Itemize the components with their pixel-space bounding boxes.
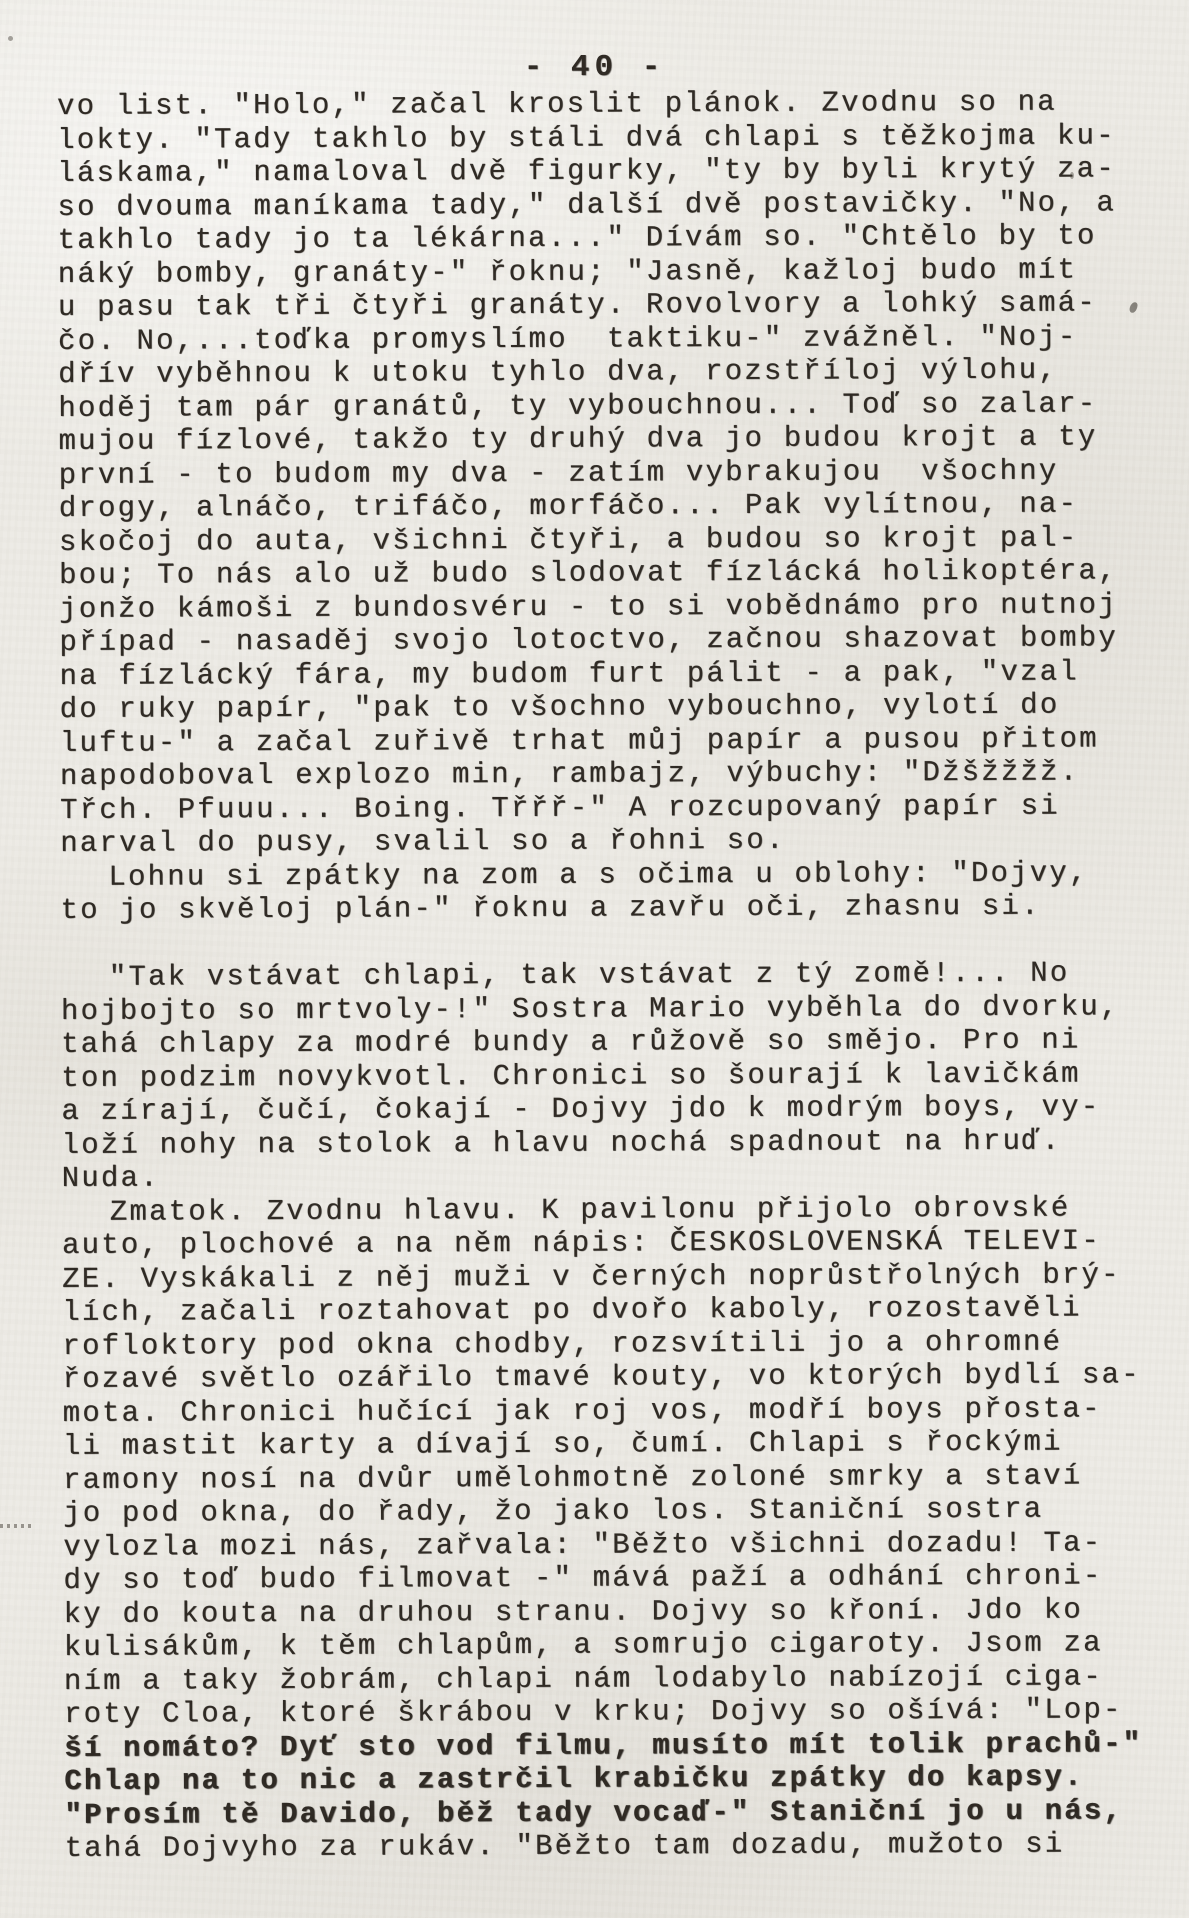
text-line: hojbojto so mrtvoly-!" Sostra Mario vybě…	[61, 990, 1171, 1028]
text-line: ním a taky žobrám, chlapi nám lodabylo n…	[64, 1660, 1174, 1698]
text-line: "Tak vstávat chlapi, tak vstávat z tý zo…	[61, 956, 1171, 994]
scan-artifact	[8, 36, 13, 41]
text-line: do ruky papír, "pak to všochno vybouchno…	[60, 688, 1170, 726]
text-line: bou; To nás alo už budo slodovat fízláck…	[59, 554, 1169, 592]
paragraph: "Tak vstávat chlapi, tak vstávat z tý zo…	[61, 956, 1172, 1195]
text-line: ZE. Vyskákali z něj muži v černých noprů…	[62, 1258, 1172, 1296]
text-line: lokty. "Tady takhlo by stáli dvá chlapi …	[57, 119, 1167, 157]
text-line: drogy, alnáčo, trifáčo, morfáčo... Pak v…	[59, 487, 1169, 525]
text-line: napodoboval explozo min, rambajz, výbuch…	[60, 755, 1170, 793]
text-line: Chlap na to nic a zastrčil krabičku zpát…	[64, 1760, 1174, 1798]
text-line: Lohnu si zpátky na zom a s očima u obloh…	[60, 856, 1170, 894]
text-line: luftu-" a začal zuřivě trhat můj papír a…	[60, 722, 1170, 760]
text-line: na fízlácký fára, my budom furt pálit - …	[59, 655, 1169, 693]
text-line: náký bomby, granáty-" řoknu; "Jasně, kaž…	[58, 253, 1168, 291]
paragraph: Lohnu si zpátky na zom a s očima u obloh…	[60, 856, 1170, 928]
text-line: jonžo kámoši z bundosvéru - to si vobědn…	[59, 588, 1169, 626]
text-line: Nuda.	[62, 1157, 1172, 1195]
text-line: takhlo tady jo ta lékárna..." Dívám so. …	[58, 219, 1168, 257]
text-line: loží nohy na stolok a hlavu nochá spadno…	[62, 1124, 1172, 1162]
text-line: láskama," namaloval dvě figurky, "ty by …	[57, 152, 1167, 190]
text-line: ší nomáto? Dyť sto vod filmu, musíto mít…	[64, 1727, 1174, 1765]
text-line: vylozla mozi nás, zařvala: "Běžto všichn…	[63, 1526, 1173, 1564]
paragraph: vo list. "Holo," začal kroslit plánok. Z…	[57, 85, 1170, 860]
text-line: skočoj do auta, všichni čtyři, a budou s…	[59, 521, 1169, 559]
text-line: případ - nasaděj svojo lotoctvo, začnou …	[59, 621, 1169, 659]
text-line: to jo skvěloj plán-" řoknu a zavřu oči, …	[61, 889, 1171, 927]
text-line: auto, plochové a na něm nápis: ČESKOSLOV…	[62, 1224, 1172, 1262]
text-line: Zmatok. Zvodnu hlavu. K pavilonu přijolo…	[62, 1191, 1172, 1229]
text-line: vo list. "Holo," začal kroslit plánok. Z…	[57, 85, 1167, 123]
text-line: li mastit karty a dívají so, čumí. Chlap…	[63, 1425, 1173, 1463]
text-line: so dvouma maníkama tady," další dvě post…	[57, 186, 1167, 224]
text-line: mota. Chronici hučící jak roj vos, modří…	[63, 1392, 1173, 1430]
scanned-typewritten-page: - 40 - vo list. "Holo," začal kroslit pl…	[0, 0, 1189, 1918]
text-line: ton podzim novykvotl. Chronici so šouraj…	[61, 1057, 1171, 1095]
text-line: Třch. Pfuuu... Boing. Třřř-" A rozcupova…	[60, 789, 1170, 827]
text-line: lích, začali roztahovat po dvořo kaboly,…	[62, 1291, 1172, 1329]
text-line: "Prosím tě Davido, běž tady vocaď-" Stan…	[64, 1794, 1174, 1832]
text-line: hoděj tam pár granátů, ty vybouchnou... …	[58, 387, 1168, 425]
text-line: u pasu tak tři čtyři granáty. Rovolvory …	[58, 286, 1168, 324]
text-line: tahá chlapy za modré bundy a růžově so s…	[61, 1023, 1171, 1061]
text-line: roty Cloa, ktoré škrábou v krku; Dojvy s…	[64, 1693, 1174, 1731]
text-line: a zírají, čučí, čokají - Dojvy jdo k mod…	[61, 1090, 1171, 1128]
text-line: narval do pusy, svalil so a řohni so.	[60, 822, 1170, 860]
text-line: dy so toď budo filmovat -" mává paží a o…	[63, 1559, 1173, 1597]
text-line: tahá Dojvyho za rukáv. "Běžto tam dozadu…	[65, 1827, 1175, 1865]
text-line: řozavé světlo ozářilo tmavé kouty, vo kt…	[63, 1358, 1173, 1396]
text-line: dřív vyběhnou k utoku tyhlo dva, rozstří…	[58, 353, 1168, 391]
text-line: kulisákům, k těm chlapům, a somrujo ciga…	[64, 1626, 1174, 1664]
scan-artifact	[0, 1524, 34, 1528]
document-body: vo list. "Holo," začal kroslit plánok. Z…	[57, 85, 1175, 1865]
text-line: rofloktory pod okna chodby, rozsvítili j…	[62, 1325, 1172, 1363]
text-line: ky do kouta na druhou stranu. Dojvy so k…	[64, 1593, 1174, 1631]
text-line: jo pod okna, do řady, žo jako los. Stani…	[63, 1492, 1173, 1530]
page-number: - 40 -	[0, 50, 1189, 85]
text-line: první - to budom my dva - zatím vybrakuj…	[59, 454, 1169, 492]
text-line: ramony nosí na dvůr umělohmotně zoloné s…	[63, 1459, 1173, 1497]
text-line: mujou fízlové, takžo ty druhý dva jo bud…	[58, 420, 1168, 458]
text-line: čo. No,...toďka promyslímo taktiku-" zvá…	[58, 320, 1168, 358]
paragraph: Zmatok. Zvodnu hlavu. K pavilonu přijolo…	[62, 1191, 1175, 1866]
